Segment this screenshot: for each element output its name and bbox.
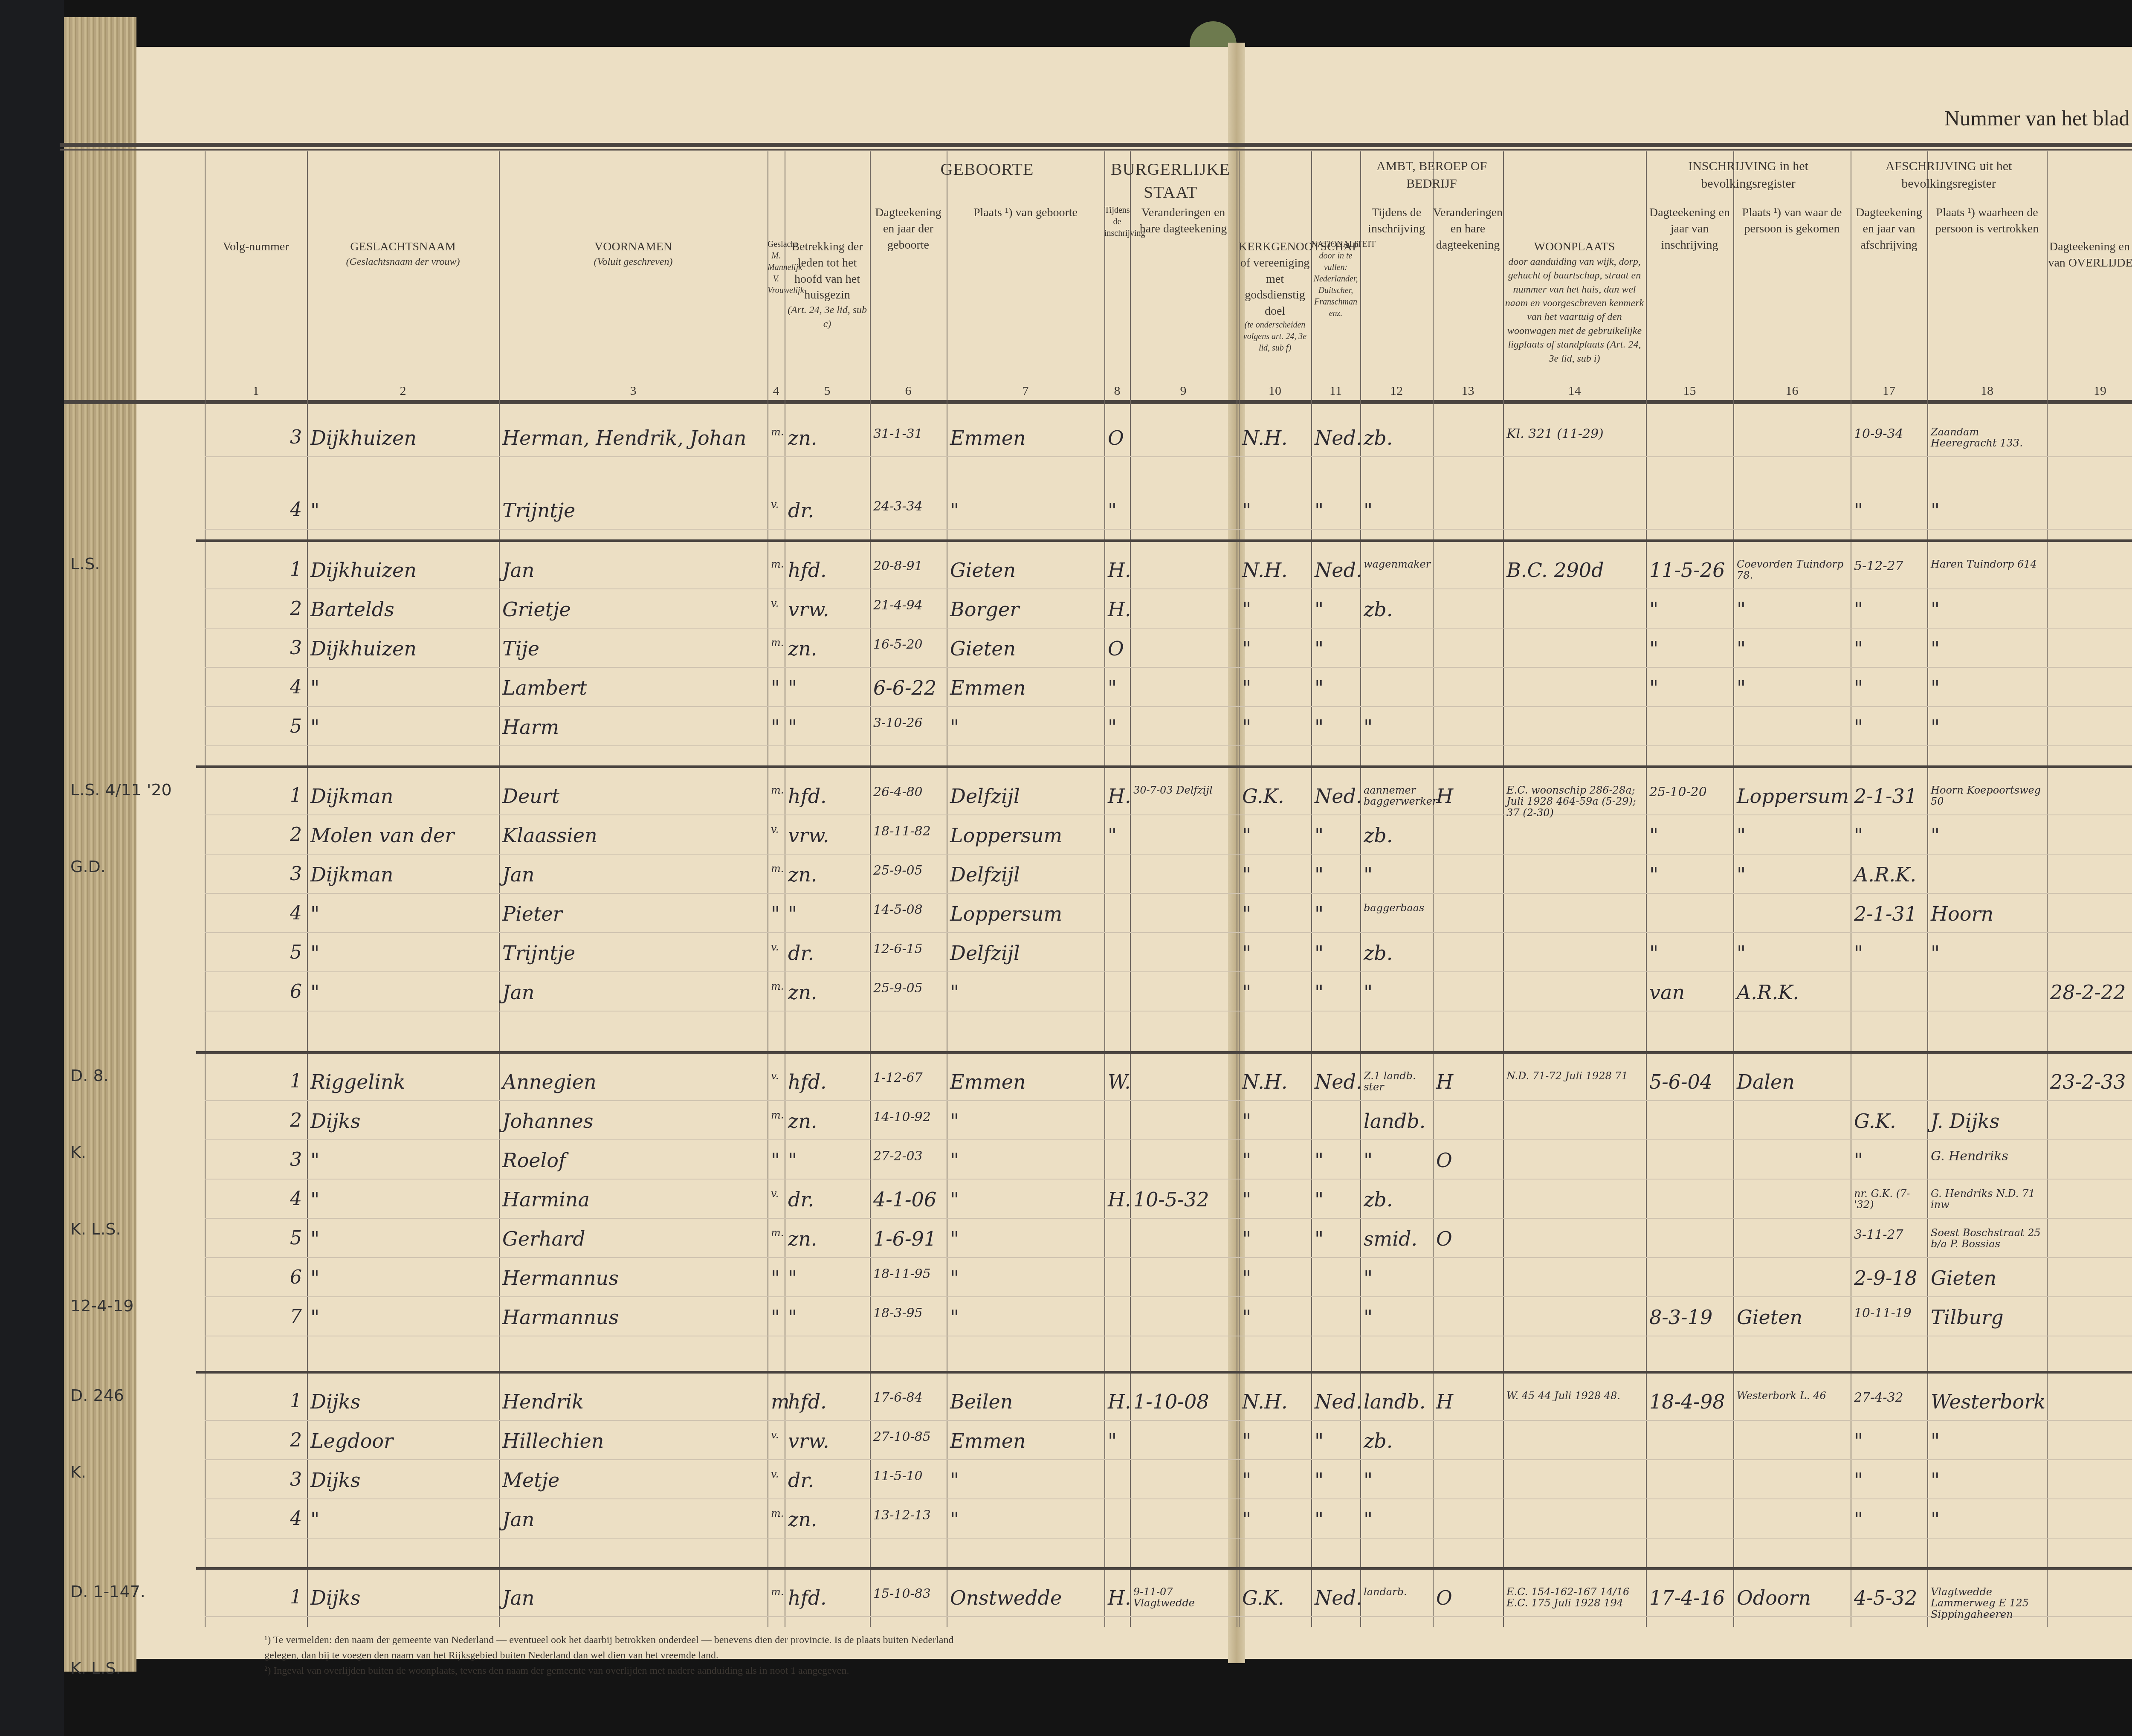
column-header-title: Betrekking der leden tot het hoofd van h… [785, 239, 870, 303]
group-header-title: INSCHRIJVING in het bevolkingsregister [1646, 158, 1851, 192]
margin-annotation: K. [70, 1463, 86, 1481]
cell-birth_place: " [950, 1227, 959, 1250]
cell-rel: hfd. [788, 785, 827, 808]
cell-ins_date: 17-4-16 [1649, 1586, 1725, 1609]
cell-occ_change: H [1436, 1070, 1453, 1093]
cell-surname: Dijks [310, 1110, 360, 1133]
cell-rel: dr. [788, 1188, 814, 1211]
margin-annotation: D. 1-147. [70, 1582, 145, 1601]
cell-afs_date: nr. G.K. (7-'32) [1854, 1188, 1926, 1211]
column-header-title: Tijdens de inschrijving [1360, 205, 1433, 237]
cell-rel: zn. [788, 863, 817, 886]
cell-surname: " [310, 942, 319, 965]
cell-church: " [1242, 1266, 1251, 1290]
cell-nr: 3 [290, 1149, 302, 1171]
cell-afs_to: J. Dijks [1931, 1110, 1999, 1133]
cell-surname: Bartelds [310, 598, 394, 621]
cell-sex: " [771, 902, 780, 925]
column-rule [205, 151, 206, 1627]
column-header-7: Plaats ¹) van geboorte [947, 205, 1104, 221]
cell-birth_place: Onstwedde [950, 1586, 1062, 1609]
column-number: 6 [870, 384, 947, 398]
group-header: AFSCHRIJVING uit het bevolkingsregister [1851, 158, 2047, 192]
cell-nr: 3 [290, 863, 302, 885]
book-cover [0, 0, 64, 1736]
cell-afs_to: Hoorn [1931, 902, 1993, 925]
cell-birth_date: 26-4-80 [873, 785, 923, 800]
cell-civil_change: 10-5-32 [1133, 1188, 1209, 1211]
cell-given: Metje [502, 1469, 559, 1492]
ruled-line [205, 1336, 2132, 1336]
cell-sex: m. [771, 637, 783, 648]
cell-rel: zn. [788, 1227, 817, 1250]
cell-birth_date: 1-12-67 [873, 1070, 923, 1085]
cell-birth_place: Gieten [950, 559, 1016, 582]
cell-birth_place: Gieten [950, 637, 1016, 660]
household-separator [196, 1051, 2132, 1054]
cell-nat: " [1315, 942, 1324, 965]
cell-residence: Kl. 321 (11-29) [1506, 426, 1604, 441]
ruled-line [205, 1179, 2132, 1180]
ruled-line [205, 1139, 2132, 1140]
cell-birth_place: " [950, 981, 959, 1004]
cell-occupation: " [1364, 716, 1373, 739]
cell-given: Jan [502, 863, 535, 886]
cell-church: N.H. [1242, 1070, 1288, 1093]
cell-given: Harmannus [502, 1306, 619, 1329]
ruled-line [205, 1616, 2132, 1617]
column-rule [1927, 151, 1928, 1627]
header-top-rule [60, 143, 2132, 147]
cell-nat: " [1315, 1149, 1324, 1172]
column-number: 15 [1646, 384, 1733, 398]
column-header-title: WOONPLAATS [1503, 239, 1646, 255]
cell-civil_change: 30-7-03 Delfzijl [1133, 785, 1235, 796]
cell-afs_date: " [1854, 1508, 1863, 1531]
cell-afs_to: " [1931, 1508, 1940, 1531]
cell-given: Johannes [502, 1110, 593, 1133]
cell-rel: hfd. [788, 1586, 827, 1609]
cell-church: G.K. [1242, 1586, 1284, 1609]
cell-birth_place: Borger [950, 598, 1019, 621]
cell-occ_change: O [1436, 1227, 1452, 1250]
column-header-8: Tijdens de inschrijving [1104, 205, 1130, 239]
column-rule [499, 151, 500, 1627]
cell-surname: Dijkman [310, 863, 393, 886]
cell-afs_date: 10-11-19 [1854, 1306, 1912, 1321]
cell-occupation: zb. [1364, 426, 1393, 449]
cell-afs_date: 27-4-32 [1854, 1390, 1903, 1405]
cell-afs_to: G. Hendriks [1931, 1149, 2008, 1164]
cell-given: Harm [502, 716, 559, 739]
cell-given: Jan [502, 1586, 535, 1609]
cell-ins_from: " [1737, 637, 1746, 660]
cell-given: Hendrik [502, 1390, 584, 1413]
footnote-1: ¹) Te vermelden: den naam der gemeente v… [264, 1632, 989, 1663]
cell-given: Klaassien [502, 824, 597, 847]
cell-ins_date: " [1649, 942, 1658, 965]
cell-given: Jan [502, 559, 535, 582]
cell-sex: m. [771, 1227, 783, 1238]
cell-afs_to: " [1931, 716, 1940, 739]
group-header-title: BURGERLIJKE STAAT [1104, 158, 1237, 204]
cell-nat: " [1315, 1429, 1324, 1452]
column-header-19: Dagteekening en jaar van OVERLIJDEN ²) [2047, 239, 2132, 271]
cell-church: " [1242, 1469, 1251, 1492]
cell-birth_date: 20-8-91 [873, 559, 923, 574]
cell-afs_date: " [1854, 824, 1863, 847]
column-header-title: Dagteekening en jaar der geboorte [870, 205, 947, 253]
cell-afs_date: G.K. [1854, 1110, 1896, 1133]
cell-nr: 5 [290, 1227, 302, 1249]
cell-surname: Dijkhuizen [310, 559, 417, 582]
group-header-title: AFSCHRIJVING uit het bevolkingsregister [1851, 158, 2047, 192]
cell-afs_to: Westerbork [1931, 1390, 2045, 1413]
cell-occupation: wagenmaker [1364, 559, 1431, 570]
column-header-4: GeslachtM. Mannelijk V. Vrouwelijk [768, 239, 785, 296]
cell-birth_date: 25-9-05 [873, 981, 923, 996]
ruled-line [205, 1218, 2132, 1219]
cell-rel: " [788, 902, 797, 925]
cell-civil: W. [1108, 1070, 1129, 1093]
ruled-line [205, 1498, 2132, 1499]
cell-rel: zn. [788, 981, 817, 1004]
cell-civil: " [1108, 1429, 1117, 1452]
column-rule [1311, 151, 1312, 1627]
cell-church: " [1242, 1508, 1251, 1531]
cell-rel: dr. [788, 1469, 814, 1492]
cell-rel: vrw. [788, 598, 829, 621]
cell-birth_date: 18-11-82 [873, 824, 931, 839]
cell-rel: " [788, 676, 797, 699]
cell-rel: hfd. [788, 559, 827, 582]
cell-nr: 7 [290, 1306, 302, 1327]
cell-residence: B.C. 290d [1506, 559, 1604, 582]
margin-annotation: L.S. 4/11 '20 [70, 780, 172, 799]
cell-birth_place: Emmen [950, 1070, 1026, 1093]
margin-annotation: K. L.S. [70, 1659, 121, 1678]
cell-church: " [1242, 676, 1251, 699]
cell-rel: " [788, 716, 797, 739]
left-page [136, 47, 1237, 1659]
cell-surname: " [310, 1149, 319, 1172]
cell-nr: 3 [290, 637, 302, 659]
ruled-line [205, 854, 2132, 855]
cell-ins_from: Coevorden Tuindorp 78. [1737, 559, 1849, 581]
cell-birth_date: 27-10-85 [873, 1429, 931, 1444]
cell-afs_to: Hoorn Koepoortsweg 50 [1931, 785, 2045, 807]
cell-nr: 1 [290, 785, 302, 806]
cell-afs_date: " [1854, 716, 1863, 739]
cell-given: Trijntje [502, 942, 575, 965]
cell-nr: 1 [290, 1390, 302, 1412]
column-header-title: Dagteekening en jaar van afschrijving [1851, 205, 1927, 253]
column-number: 8 [1104, 384, 1130, 398]
column-rule [1733, 151, 1734, 1627]
column-rule [1646, 151, 1647, 1627]
cell-civil: " [1108, 676, 1117, 699]
column-header-note: (te onderscheiden volgens art. 24, 3e li… [1239, 319, 1311, 354]
column-header-title: Plaats ¹) van geboorte [947, 205, 1104, 221]
cell-rel: " [788, 1266, 797, 1290]
cell-sex: v. [771, 1188, 783, 1199]
cell-birth_place: Delfzijl [950, 863, 1020, 886]
cell-birth_place: Emmen [950, 1429, 1026, 1452]
column-number: 17 [1851, 384, 1927, 398]
cell-nat: " [1315, 499, 1324, 522]
cell-birth_place: " [950, 1110, 959, 1133]
cell-occupation: " [1364, 863, 1373, 886]
group-header-burgerlijke: BURGERLIJKE STAAT [1104, 158, 1237, 204]
cell-afs_date: " [1854, 942, 1863, 965]
ruled-line [205, 529, 2132, 530]
cell-birth_date: 25-9-05 [873, 863, 923, 878]
cell-sex: " [771, 716, 780, 739]
column-header-title: Dagteekening en jaar van OVERLIJDEN ²) [2047, 239, 2132, 271]
group-header: INSCHRIJVING in het bevolkingsregister [1646, 158, 1851, 192]
column-header-1: Volg-nummer [205, 239, 307, 255]
cell-given: Jan [502, 1508, 535, 1531]
cell-afs_to: " [1931, 499, 1940, 522]
cell-nr: 2 [290, 598, 302, 620]
cell-birth_date: 16-5-20 [873, 637, 923, 652]
cell-surname: Riggelink [310, 1070, 405, 1093]
column-header-note: door aanduiding van wijk, dorp, gehucht … [1503, 255, 1646, 365]
cell-birth_place: Delfzijl [950, 785, 1020, 808]
footnote-2: ²) Ingeval van overlijden buiten de woon… [264, 1663, 989, 1678]
ruled-line [205, 932, 2132, 933]
cell-surname: Molen van der [310, 824, 454, 847]
right-page [1237, 47, 2132, 1659]
cell-surname: Legdoor [310, 1429, 393, 1452]
page-number-label: Nummer van het blad [1944, 106, 2130, 130]
cell-occupation: " [1364, 981, 1373, 1004]
cell-sex: m. [771, 863, 783, 874]
column-number: 18 [1927, 384, 2047, 398]
cell-surname: " [310, 716, 319, 739]
cell-nr: 4 [290, 1508, 302, 1530]
group-header-title: GEBOORTE [870, 158, 1104, 181]
cell-civil_change: 1-10-08 [1133, 1390, 1209, 1413]
cell-birth_date: 18-3-95 [873, 1306, 923, 1321]
cell-church: N.H. [1242, 559, 1288, 582]
cell-church: " [1242, 824, 1251, 847]
cell-civil: O [1108, 637, 1124, 660]
cell-nr: 5 [290, 716, 302, 737]
cell-ins_date: " [1649, 824, 1658, 847]
cell-birth_place: Loppersum [950, 824, 1062, 847]
ruled-line [205, 1420, 2132, 1421]
cell-afs_date: A.R.K. [1854, 863, 1916, 886]
cell-death: 23-2-33 [2050, 1070, 2126, 1093]
column-header-15: Dagteekening en jaar van inschrijving [1646, 205, 1733, 253]
cell-occ_change: O [1436, 1149, 1452, 1172]
cell-occ_change: O [1436, 1586, 1452, 1609]
cell-church: " [1242, 1149, 1251, 1172]
cell-surname: " [310, 1266, 319, 1290]
column-header-18: Plaats ¹) waarheen de persoon is vertrok… [1927, 205, 2047, 237]
cell-residence: E.C. 154-162-167 14/16 E.C. 175 Juli 192… [1506, 1586, 1644, 1609]
cell-birth_date: 6-6-22 [873, 676, 936, 699]
group-header-title: AMBT, BEROEP OF BEDRIJF [1360, 158, 1503, 192]
column-rule [1104, 151, 1105, 1627]
cell-afs_date: 2-1-31 [1854, 785, 1917, 808]
cell-birth_date: 15-10-83 [873, 1586, 931, 1601]
column-header-title: Dagteekening en jaar van inschrijving [1646, 205, 1733, 253]
cell-nat: " [1315, 598, 1324, 621]
cell-nat: Ned. [1315, 1586, 1359, 1609]
column-number: 19 [2047, 384, 2132, 398]
cell-nr: 1 [290, 559, 302, 580]
cell-afs_date: " [1854, 1469, 1863, 1492]
cell-ins_date: " [1649, 598, 1658, 621]
group-header-geboorte: GEBOORTE [870, 158, 1104, 181]
ruled-line [205, 1100, 2132, 1101]
cell-nat: " [1315, 1469, 1324, 1492]
cell-afs_to: G. Hendriks N.D. 71 inw [1931, 1188, 2045, 1211]
column-header-title: KERKGENOOTSCHAP of vereeniging met godsd… [1239, 239, 1311, 319]
cell-afs_date: " [1854, 676, 1863, 699]
cell-nr: 6 [290, 981, 302, 1003]
column-rule [1851, 151, 1851, 1627]
cell-birth_place: " [950, 499, 959, 522]
cell-occupation: landarb. [1364, 1586, 1431, 1597]
cell-rel: vrw. [788, 824, 829, 847]
cell-afs_to: " [1931, 942, 1940, 965]
cell-afs_to: " [1931, 1469, 1940, 1492]
cell-occupation: zb. [1364, 1429, 1393, 1452]
cell-occupation: smid. [1364, 1227, 1417, 1250]
column-header-note: M. Mannelijk V. Vrouwelijk [768, 250, 785, 296]
cell-ins_date: 25-10-20 [1649, 785, 1707, 800]
cell-nat: " [1315, 637, 1324, 660]
cell-ins_from: Loppersum [1737, 785, 1849, 808]
cell-sex: m. [771, 1508, 783, 1519]
cell-afs_date: 3-11-27 [1854, 1227, 1903, 1242]
cell-given: Jan [502, 981, 535, 1004]
cell-rel: " [788, 1149, 797, 1172]
cell-ins_date: 11-5-26 [1649, 559, 1725, 582]
column-number: 9 [1130, 384, 1237, 398]
column-header-17: Dagteekening en jaar van afschrijving [1851, 205, 1927, 253]
cell-church: " [1242, 499, 1251, 522]
column-rule [947, 151, 947, 1627]
column-header-2: GESLACHTSNAAM(Geslachtsnaam der vrouw) [307, 239, 499, 269]
cell-birth_place: Delfzijl [950, 942, 1020, 965]
cell-birth_place: Loppersum [950, 902, 1062, 925]
ruled-line [205, 1296, 2132, 1297]
column-header-6: Dagteekening en jaar der geboorte [870, 205, 947, 253]
cell-given: Hillechien [502, 1429, 604, 1452]
cell-afs_to: Soest Boschstraat 25 b/a P. Bossias [1931, 1227, 2045, 1250]
cell-birth_date: 13-12-13 [873, 1508, 931, 1523]
cell-ins_date: 8-3-19 [1649, 1306, 1712, 1329]
cell-occupation: " [1364, 1469, 1373, 1492]
column-rule [307, 151, 308, 1627]
cell-nat: " [1315, 863, 1324, 886]
cell-surname: Dijks [310, 1586, 360, 1609]
cell-afs_date: " [1854, 598, 1863, 621]
cell-given: Pieter [502, 902, 562, 925]
margin-annotation: K. L.S. [70, 1220, 121, 1238]
column-rule [2047, 151, 2048, 1627]
cell-afs_to: " [1931, 598, 1940, 621]
column-header-note: (Geslachtsnaam der vrouw) [307, 255, 499, 269]
cell-surname: Dijkhuizen [310, 637, 417, 660]
cell-ins_from: Dalen [1737, 1070, 1795, 1093]
column-rule [768, 151, 768, 1627]
cell-afs_date: 2-9-18 [1854, 1266, 1917, 1290]
cell-surname: " [310, 902, 319, 925]
cell-birth_place: " [950, 1149, 959, 1172]
column-header-note: (Art. 24, 3e lid, sub c) [785, 303, 870, 331]
cell-sex: " [771, 676, 780, 699]
column-number: 4 [768, 384, 785, 398]
cell-residence: E.C. woonschip 286-28a; Juli 1928 464-59… [1506, 785, 1644, 818]
ruled-line [205, 706, 2132, 707]
cell-rel: zn. [788, 1508, 817, 1531]
cell-given: Grietje [502, 598, 571, 621]
cell-civil: H. [1108, 1390, 1129, 1413]
cell-sex: v. [771, 824, 783, 835]
cell-nr: 2 [290, 1429, 302, 1451]
margin-annotation: K. [70, 1143, 86, 1162]
cell-occupation: zb. [1364, 1188, 1393, 1211]
column-rule [1433, 151, 1434, 1627]
cell-ins_date: 18-4-98 [1649, 1390, 1725, 1413]
cell-rel: vrw. [788, 1429, 829, 1452]
column-header-title: VOORNAMEN [499, 239, 768, 255]
cell-birth_date: 1-6-91 [873, 1227, 936, 1250]
cell-church: " [1242, 637, 1251, 660]
cell-nat: " [1315, 676, 1324, 699]
cell-given: Deurt [502, 785, 559, 808]
cell-civil: H. [1108, 785, 1129, 808]
cell-afs_date: " [1854, 1149, 1863, 1172]
column-number: 2 [307, 384, 499, 398]
cell-afs_to: " [1931, 676, 1940, 699]
cell-rel: zn. [788, 637, 817, 660]
cell-church: " [1242, 863, 1251, 886]
cell-ins_from: " [1737, 824, 1746, 847]
cell-birth_date: 14-10-92 [873, 1110, 931, 1124]
cell-rel: zn. [788, 426, 817, 449]
cell-church: " [1242, 1188, 1251, 1211]
cell-nr: 2 [290, 824, 302, 846]
cell-birth_place: " [950, 1188, 959, 1211]
cell-church: " [1242, 716, 1251, 739]
margin-annotation: 12-4-19 [70, 1296, 133, 1315]
cell-surname: " [310, 1306, 319, 1329]
cell-surname: " [310, 1508, 319, 1531]
cell-nat: " [1315, 981, 1324, 1004]
footnotes: ¹) Te vermelden: den naam der gemeente v… [264, 1632, 989, 1678]
cell-civil: H. [1108, 559, 1129, 582]
cell-sex: v. [771, 1469, 783, 1480]
cell-nr: 2 [290, 1110, 302, 1131]
column-header-title: Veranderingen en hare dagteekening [1130, 205, 1237, 237]
cell-civil: " [1108, 499, 1117, 522]
cell-occupation: " [1364, 1508, 1373, 1531]
column-number: 11 [1311, 384, 1360, 398]
cell-church: N.H. [1242, 1390, 1288, 1413]
cell-death: 28-2-22 [2050, 981, 2126, 1004]
ruled-line [205, 1257, 2132, 1258]
margin-annotation: L.S. [70, 554, 100, 573]
cell-rel: dr. [788, 942, 814, 965]
cell-sex: " [771, 1306, 780, 1329]
cell-church: " [1242, 942, 1251, 965]
